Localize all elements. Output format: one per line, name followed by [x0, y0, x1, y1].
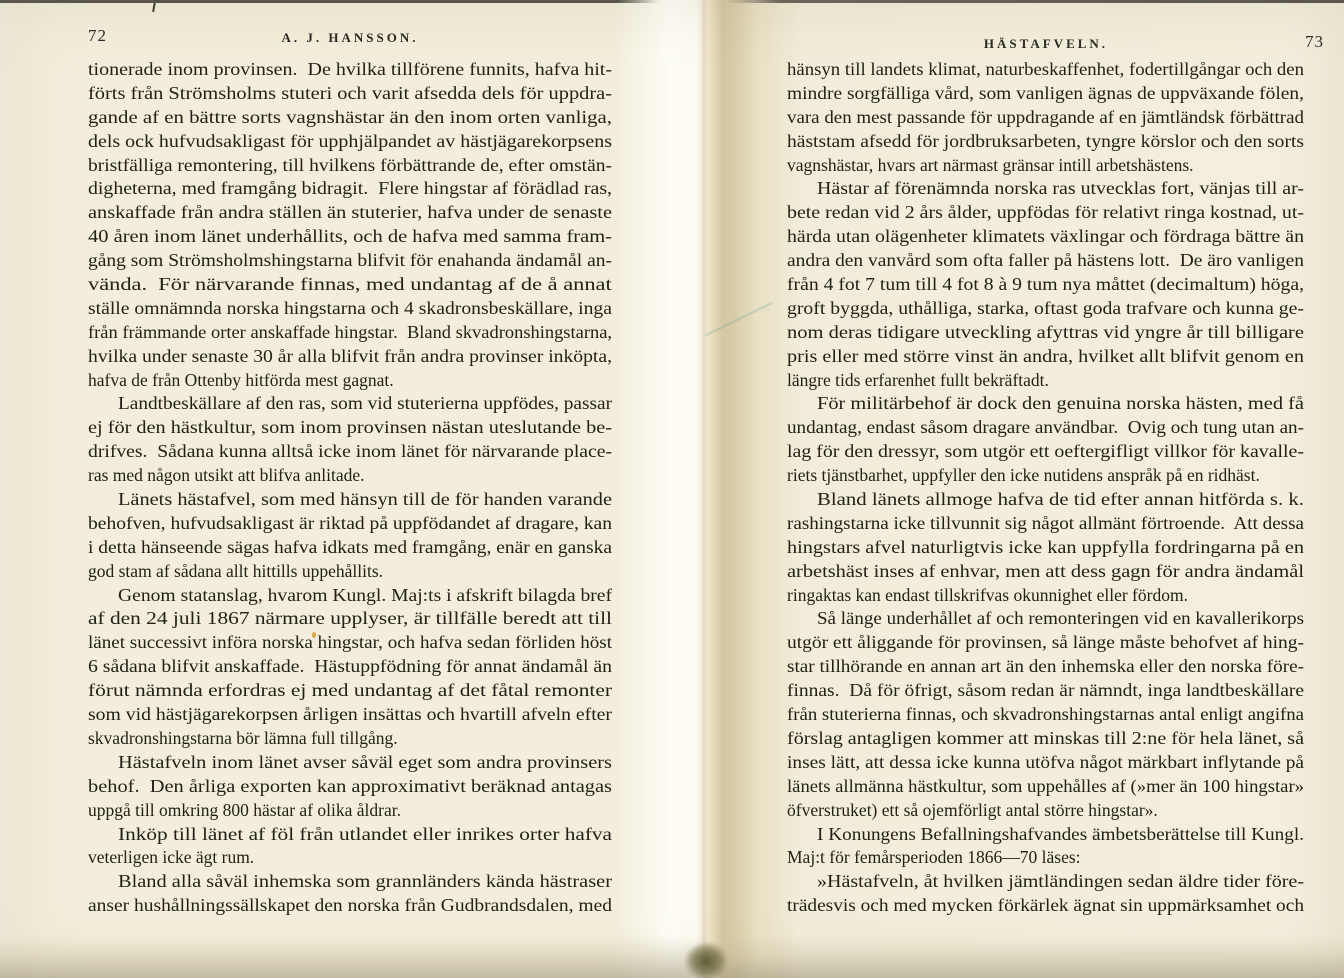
text-line: af den 24 juli 1867 närmare upplyser, är… — [88, 607, 612, 631]
text-line-content: andra den vanvård som ofta faller på häs… — [787, 249, 1304, 273]
text-line-content: hingstars afvel naturligtvis icke kan up… — [787, 536, 1304, 560]
text-line: Så länge underhållet af och remonteringe… — [787, 607, 1304, 631]
text-line: anskaffade från andra ställen än stuteri… — [88, 201, 612, 225]
text-line-content: bete redan vid 2 års ålder, uppfödas för… — [787, 201, 1304, 225]
text-line: Maj:t för femårsperioden 1866—70 läses: — [787, 846, 1304, 870]
text-line-content: Bland alla såväl inhemska som grannlände… — [118, 870, 612, 894]
text-line-content: nom deras tidigare utveckling afyttras v… — [787, 321, 1304, 345]
text-line-content: Genom statanslag, hvarom Kungl. Maj:ts i… — [118, 584, 612, 608]
text-line: nom deras tidigare utveckling afyttras v… — [787, 321, 1304, 345]
text-line-content: behof. Den årliga exporten kan approxima… — [88, 775, 612, 799]
text-line: ej för den hästkultur, som inom provinse… — [88, 416, 612, 440]
text-line-content: Hästar af förenämnda norska ras utveckla… — [817, 177, 1304, 201]
text-line: hafva de från Ottenby hitförda mest gagn… — [88, 369, 612, 393]
text-line: bete redan vid 2 års ålder, uppfödas för… — [787, 201, 1304, 225]
text-line: lag för den dressyr, som utgör ett oefte… — [787, 440, 1304, 464]
text-line-content: uppgå till omkring 800 hästar af olika å… — [88, 799, 401, 823]
text-line: öfverstruket) ett så ojemförligt antal s… — [787, 799, 1304, 823]
text-line: veterligen icke ägt rum. — [88, 846, 612, 870]
text-line-content: behofven, hufvudsakligast är riktad på u… — [88, 512, 612, 536]
text-line-content: länet successivt införa norska hingstar,… — [88, 631, 612, 655]
text-line-content: Så länge underhållet af och remonteringe… — [817, 607, 1304, 631]
text-line-content: trädesvis och med mycken förkärlek ägnat… — [787, 894, 1304, 918]
text-line: vara den mest passande för uppdragande a… — [787, 106, 1304, 130]
text-line-content: lag för den dressyr, som utgör ett oefte… — [787, 440, 1304, 464]
top-scan-edge — [0, 0, 1344, 3]
left-running-header: A. J. HANSSON. — [88, 30, 612, 46]
text-line: dels ock hufvudsakligast för upphjälpand… — [88, 130, 612, 154]
text-line-content: ej för den hästkultur, som inom provinse… — [88, 416, 612, 440]
text-line: längre tids erfarenhet fullt bekräftadt. — [787, 369, 1304, 393]
text-line: För militärbehof är dock den genuina nor… — [787, 392, 1304, 416]
text-line-content: vända. För närvarande finnas, med undant… — [88, 273, 612, 297]
text-line-content: Maj:t för femårsperioden 1866—70 läses: — [787, 846, 1081, 870]
text-line-content: från stuterierna finnas, och skvadronshi… — [787, 703, 1304, 727]
text-line: behof. Den årliga exporten kan approxima… — [88, 775, 612, 799]
text-line-content: anser hushållningssällskapet den norska … — [88, 894, 612, 918]
text-line-content: Landtbeskällare af den ras, som vid stut… — [118, 392, 612, 416]
text-line: Bland länets allmoge hafva de tid efter … — [787, 488, 1304, 512]
text-line-content: länets allmänna hästkultur, som uppehåll… — [787, 775, 1304, 799]
text-line-content: god stam af sådana allt hittills uppehål… — [88, 560, 383, 584]
text-line: Genom statanslag, hvarom Kungl. Maj:ts i… — [88, 584, 612, 608]
text-line-content: pris eller med större vinst än andra, hv… — [787, 345, 1304, 369]
text-line: länet successivt införa norska hingstar,… — [88, 631, 612, 655]
text-line-content: härda utan olägenheter klimatets växling… — [787, 225, 1304, 249]
text-line: finnas. Då för öfrigt, såsom redan är nä… — [787, 679, 1304, 703]
text-line-content: anskaffade från andra ställen än stuteri… — [88, 201, 612, 225]
text-line: Hästar af förenämnda norska ras utveckla… — [787, 177, 1304, 201]
text-line-content: groft byggda, uthålliga, starka, oftast … — [787, 297, 1304, 321]
paper-fleck — [312, 632, 316, 638]
text-line-content: hvilka under senaste 30 år alla blifvit … — [88, 345, 612, 369]
text-line: god stam af sådana allt hittills uppehål… — [88, 560, 612, 584]
text-line: Inköp till länet af föl från utlandet el… — [88, 823, 612, 847]
text-line-content: För militärbehof är dock den genuina nor… — [817, 392, 1304, 416]
text-line: i detta hänseende sägas hafva idkats med… — [88, 536, 612, 560]
text-line-content: undantag, endast såsom dragare användbar… — [787, 416, 1304, 440]
text-line: gande af en bättre sorts vagnshästar än … — [88, 106, 612, 130]
text-line-content: hänsyn till landets klimat, naturbeskaff… — [787, 58, 1304, 82]
text-line-content: I Konungens Befallningshafvandes ämbetsb… — [817, 823, 1304, 847]
text-line: I Konungens Befallningshafvandes ämbetsb… — [787, 823, 1304, 847]
text-line-content: längre tids erfarenhet fullt bekräftadt. — [787, 369, 1049, 393]
text-line: Länets hästafvel, som med hänsyn till de… — [88, 488, 612, 512]
ink-smudge — [684, 942, 728, 978]
text-line-content: i detta hänseende sägas hafva idkats med… — [88, 536, 612, 560]
text-line: uppgå till omkring 800 hästar af olika å… — [88, 799, 612, 823]
text-line: hänsyn till landets klimat, naturbeskaff… — [787, 58, 1304, 82]
text-line: skvadronshingstarna bör lämna full tillg… — [88, 727, 612, 751]
text-line-content: drifves. Sådana kunna alltså icke inom l… — [88, 440, 612, 464]
text-line: pris eller med större vinst än andra, hv… — [787, 345, 1304, 369]
text-line: Bland alla såväl inhemska som grannlände… — [88, 870, 612, 894]
left-page-text: tionerade inom provinsen. De hvilka till… — [88, 58, 612, 918]
text-line: länets allmänna hästkultur, som uppehåll… — [787, 775, 1304, 799]
text-line: som vid hästjägarekorpsen årligen insätt… — [88, 703, 612, 727]
text-line-content: häststam afsedd för jordbruksarbeten, ty… — [787, 130, 1304, 154]
text-line: tionerade inom provinsen. De hvilka till… — [88, 58, 612, 82]
text-line-content: ringaktas kan endast tillskrifvas okunni… — [787, 584, 1188, 608]
text-line: rashingstarna icke tillvunnit sig något … — [787, 512, 1304, 536]
text-line-content: ställe omnämnda norska hingstarna och 4 … — [88, 297, 612, 321]
text-line: 40 åren inom länet underhållits, och de … — [88, 225, 612, 249]
text-line: behofven, hufvudsakligast är riktad på u… — [88, 512, 612, 536]
text-line-content: Inköp till länet af föl från utlandet el… — [118, 823, 612, 847]
text-line: häststam afsedd för jordbruksarbeten, ty… — [787, 130, 1304, 154]
text-line-content: Länets hästafvel, som med hänsyn till de… — [118, 488, 612, 512]
text-line: trädesvis och med mycken förkärlek ägnat… — [787, 894, 1304, 918]
text-line-content: »Hästafveln, åt hvilken jämtländingen se… — [817, 870, 1304, 894]
text-line: ras med någon utsikt att blifva anlitade… — [88, 464, 612, 488]
text-line-content: arbetshäst inses af enhvar, men att dess… — [787, 560, 1304, 584]
text-line: hingstars afvel naturligtvis icke kan up… — [787, 536, 1304, 560]
text-line-content: öfverstruket) ett så ojemförligt antal s… — [787, 799, 1158, 823]
right-page-number: 73 — [1284, 32, 1324, 52]
text-line-content: dels ock hufvudsakligast för upphjälpand… — [88, 130, 612, 154]
text-line: från främmande orter anskaffade hingstar… — [88, 321, 612, 345]
text-line-content: Hästafveln inom länet avser såväl eget s… — [118, 751, 612, 775]
text-line-content: inses lätt, att dessa icke kunna utöfva … — [787, 751, 1304, 775]
text-line: digheterna, med framgång bidragit. Flere… — [88, 177, 612, 201]
text-line-content: vagnshästar, hvars art närmast gränsar i… — [787, 154, 1194, 178]
text-line-content: 6 sådana blifvit anskaffade. Hästuppfödn… — [88, 655, 612, 679]
text-line: förut nämnda erfordras ej med undantag a… — [88, 679, 612, 703]
text-line: groft byggda, uthålliga, starka, oftast … — [787, 297, 1304, 321]
text-line-content: mindre sorgfälliga vård, som vanligen äg… — [787, 82, 1304, 106]
text-line: undantag, endast såsom dragare användbar… — [787, 416, 1304, 440]
text-line: hvilka under senaste 30 år alla blifvit … — [88, 345, 612, 369]
text-line-content: hafva de från Ottenby hitförda mest gagn… — [88, 369, 394, 393]
text-line: härda utan olägenheter klimatets växling… — [787, 225, 1304, 249]
text-line: vagnshästar, hvars art närmast gränsar i… — [787, 154, 1304, 178]
text-line-content: gång som Strömsholmshingstarna blifvit f… — [88, 249, 612, 273]
text-line-content: veterligen icke ägt rum. — [88, 846, 254, 870]
text-line-content: riets tjänstbarhet, uppfyller den icke n… — [787, 464, 1260, 488]
text-line-content: förut nämnda erfordras ej med undantag a… — [88, 679, 612, 703]
text-line: Hästafveln inom länet avser såväl eget s… — [88, 751, 612, 775]
text-line: drifves. Sådana kunna alltså icke inom l… — [88, 440, 612, 464]
text-line-content: skvadronshingstarna bör lämna full tillg… — [88, 727, 398, 751]
text-line: från 4 fot 7 tum till 4 fot 8 à 9 tum ny… — [787, 273, 1304, 297]
text-line-content: star tillhörande en annan art än den inh… — [787, 655, 1304, 679]
text-line-content: tionerade inom provinsen. De hvilka till… — [88, 58, 612, 82]
right-page-text: hänsyn till landets klimat, naturbeskaff… — [787, 58, 1304, 918]
text-line: inses lätt, att dessa icke kunna utöfva … — [787, 751, 1304, 775]
text-line: gång som Strömsholmshingstarna blifvit f… — [88, 249, 612, 273]
text-line-content: vara den mest passande för uppdragande a… — [787, 106, 1304, 130]
text-line-content: förslag antagligen kommer att minskas ti… — [787, 727, 1304, 751]
text-line-content: Bland länets allmoge hafva de tid efter … — [817, 488, 1304, 512]
text-line: ringaktas kan endast tillskrifvas okunni… — [787, 584, 1304, 608]
text-line: förslag antagligen kommer att minskas ti… — [787, 727, 1304, 751]
text-line: star tillhörande en annan art än den inh… — [787, 655, 1304, 679]
text-line: andra den vanvård som ofta faller på häs… — [787, 249, 1304, 273]
text-line-content: förts från Strömsholms stuteri och varit… — [88, 82, 612, 106]
text-line: arbetshäst inses af enhvar, men att dess… — [787, 560, 1304, 584]
text-line-content: från främmande orter anskaffade hingstar… — [88, 321, 612, 345]
text-line: anser hushållningssällskapet den norska … — [88, 894, 612, 918]
text-line-content: bristfälliga remontering, till hvilkens … — [88, 154, 612, 178]
text-line-content: 40 åren inom länet underhållits, och de … — [88, 225, 612, 249]
text-line: 6 sådana blifvit anskaffade. Hästuppfödn… — [88, 655, 612, 679]
book-scan: 72 A. J. HANSSON. HÄSTAFVELN. 73 tionera… — [0, 0, 1344, 978]
text-line: förts från Strömsholms stuteri och varit… — [88, 82, 612, 106]
text-line: riets tjänstbarhet, uppfyller den icke n… — [787, 464, 1304, 488]
text-line: ställe omnämnda norska hingstarna och 4 … — [88, 297, 612, 321]
text-line: mindre sorgfälliga vård, som vanligen äg… — [787, 82, 1304, 106]
text-line-content: finnas. Då för öfrigt, såsom redan är nä… — [787, 679, 1304, 703]
text-line-content: ras med någon utsikt att blifva anlitade… — [88, 464, 365, 488]
text-line: »Hästafveln, åt hvilken jämtländingen se… — [787, 870, 1304, 894]
text-line-content: rashingstarna icke tillvunnit sig något … — [787, 512, 1304, 536]
text-line: bristfälliga remontering, till hvilkens … — [88, 154, 612, 178]
text-line-content: utgör ett åliggande för provinsen, så lä… — [787, 631, 1304, 655]
text-line: Landtbeskällare af den ras, som vid stut… — [88, 392, 612, 416]
text-line: utgör ett åliggande för provinsen, så lä… — [787, 631, 1304, 655]
right-running-header: HÄSTAFVELN. — [788, 36, 1304, 52]
text-line-content: digheterna, med framgång bidragit. Flere… — [88, 177, 612, 201]
text-line: från stuterierna finnas, och skvadronshi… — [787, 703, 1304, 727]
text-line-content: från 4 fot 7 tum till 4 fot 8 à 9 tum ny… — [787, 273, 1304, 297]
text-line-content: som vid hästjägarekorpsen årligen insätt… — [88, 703, 612, 727]
text-line-content: gande af en bättre sorts vagnshästar än … — [88, 106, 612, 130]
text-line: vända. För närvarande finnas, med undant… — [88, 273, 612, 297]
text-line-content: af den 24 juli 1867 närmare upplyser, är… — [88, 607, 612, 631]
